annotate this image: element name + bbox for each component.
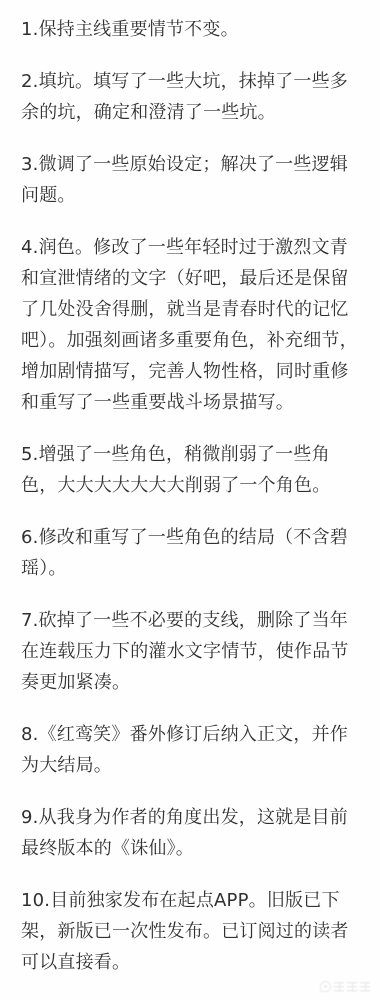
watermark-glyph (347, 982, 357, 992)
post-paragraph-7: 7.砍掉了一些不必要的支线，删除了当年在连载压力下的灌水文字情节，使作品节奏更加… (21, 605, 359, 698)
watermark-glyph (334, 982, 344, 992)
post-paragraph-1: 1.保持主线重要情节不变。 (21, 14, 359, 45)
post-paragraph-3: 3.微调了一些原始设定；解决了一些逻辑问题。 (21, 149, 359, 211)
watermark-logo-icon (320, 981, 331, 992)
post-paragraph-4: 4.润色。修改了一些年轻时过于激烈文青和宣泄情绪的文字（好吧，最后还是保留了几处… (21, 232, 359, 418)
watermark (320, 981, 370, 992)
post-paragraph-6: 6.修改和重写了一些角色的结局（不含碧瑶）。 (21, 522, 359, 584)
post-paragraph-5: 5.增强了一些角色，稍微削弱了一些角色，大大大大大大大削弱了一个角色。 (21, 439, 359, 501)
post-body: 1.保持主线重要情节不变。 2.填坑。填写了一些大坑，抹掉了一些多余的坑，确定和… (0, 0, 380, 978)
post-paragraph-8: 8.《红鸾笑》番外修订后纳入正文，并作为大结局。 (21, 719, 359, 781)
post-paragraph-10: 10.目前独家发布在起点APP。旧版已下架，新版已一次性发布。已订阅过的读者可以… (21, 885, 359, 978)
post-paragraph-2: 2.填坑。填写了一些大坑，抹掉了一些多余的坑，确定和澄清了一些坑。 (21, 66, 359, 128)
watermark-glyph (360, 982, 370, 992)
post-paragraph-9: 9.从我身为作者的角度出发，这就是目前最终版本的《诛仙》。 (21, 802, 359, 864)
